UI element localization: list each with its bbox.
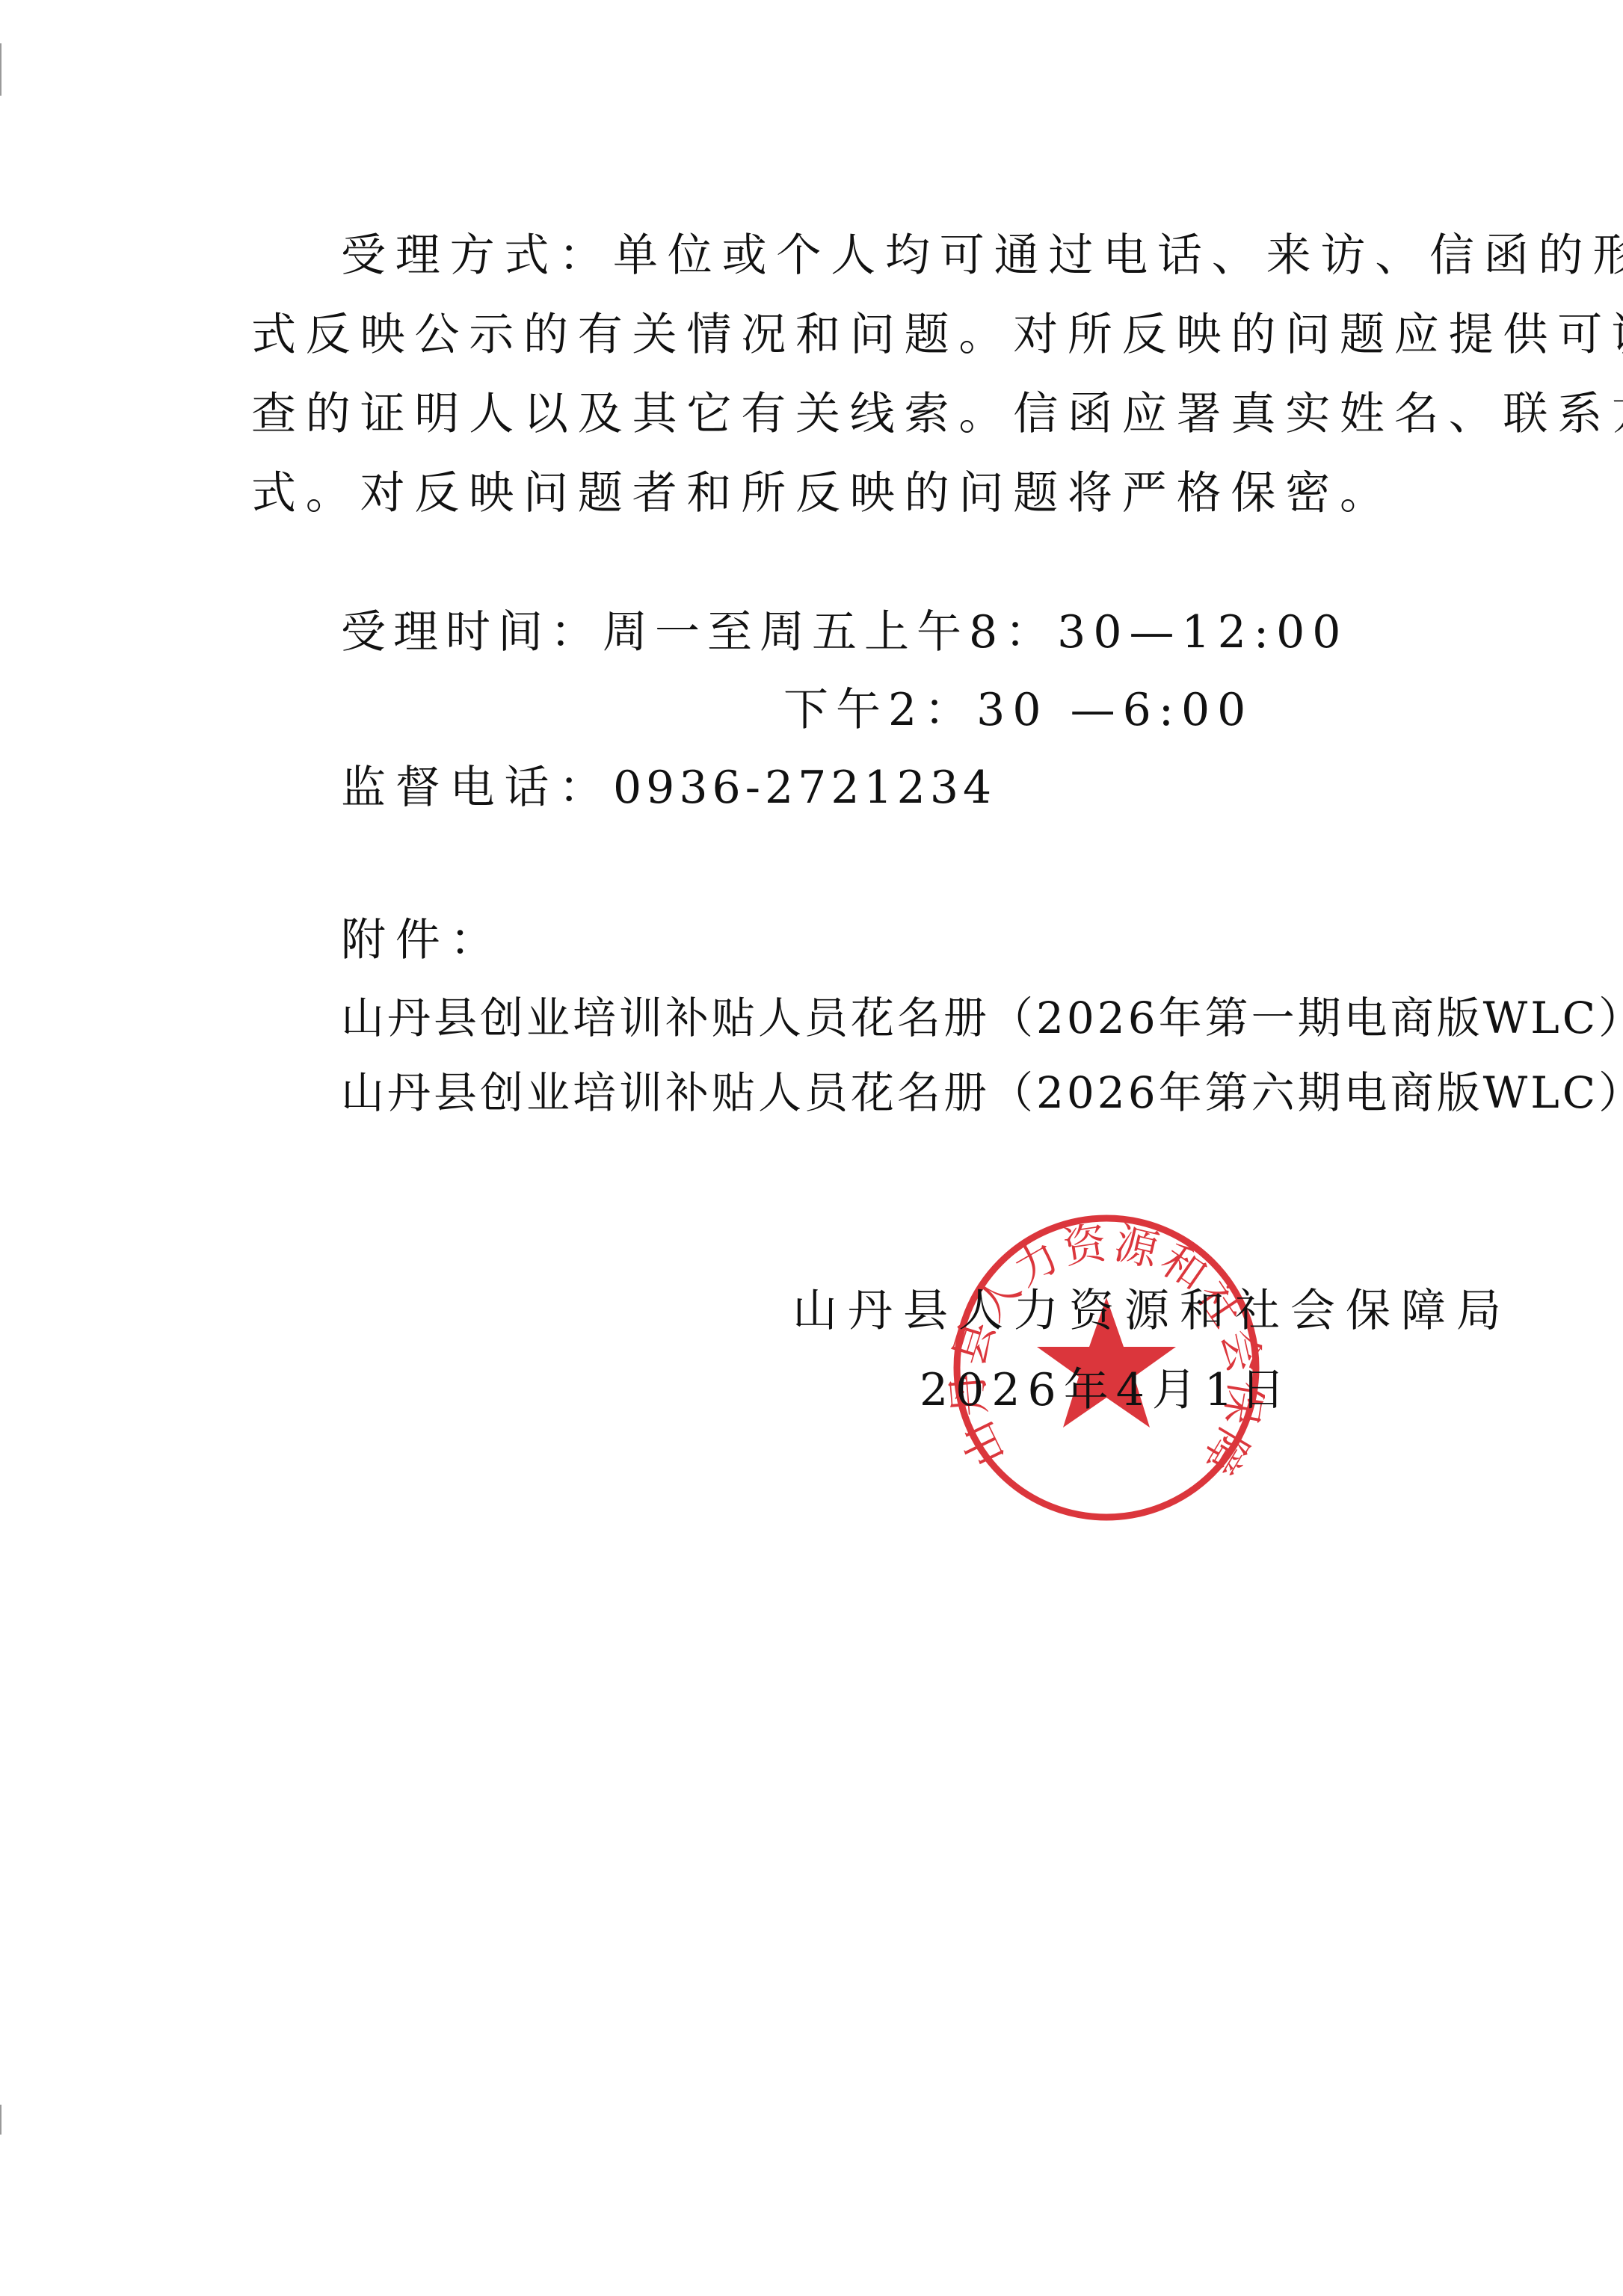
paragraph-line: 受理方式：单位或个人均可通过电话、来访、信函的形 [341,229,1623,283]
scan-edge-mark [0,2105,1,2135]
acceptance-time-afternoon: 下午2：30 —6:00 [783,683,1253,737]
supervision-hotline: 监督电话：0936-2721234 [341,761,996,815]
hotline-label: 监督电话： [341,762,613,814]
attachment-item: 山丹县创业培训补贴人员花名册（2026年第一期电商版WLC） [341,991,1623,1045]
hotline-number: 0936-2721234 [613,762,996,814]
attachment-item: 山丹县创业培训补贴人员花名册（2026年第六期电商版WLC） [341,1066,1623,1120]
scan-edge-mark [0,43,1,96]
paragraph-line: 式。对反映问题者和所反映的问题将严格保密。 [251,466,1394,520]
acceptance-time-morning: 受理时间：周一至周五上午8：30—12:00 [341,605,1348,659]
paragraph-line: 查的证明人以及其它有关线索。信函应署真实姓名、联系方 [251,387,1623,441]
signature-organization: 山丹县人力资源和社会保障局 [792,1284,1512,1338]
paragraph-line: 式反映公示的有关情况和问题。对所反映的问题应提供可调 [251,308,1623,362]
signature-date: 2026年4月1日 [920,1363,1293,1417]
attachments-label: 附件： [341,913,504,967]
document-page: 受理方式：单位或个人均可通过电话、来访、信函的形 式反映公示的有关情况和问题。对… [0,0,1623,2296]
